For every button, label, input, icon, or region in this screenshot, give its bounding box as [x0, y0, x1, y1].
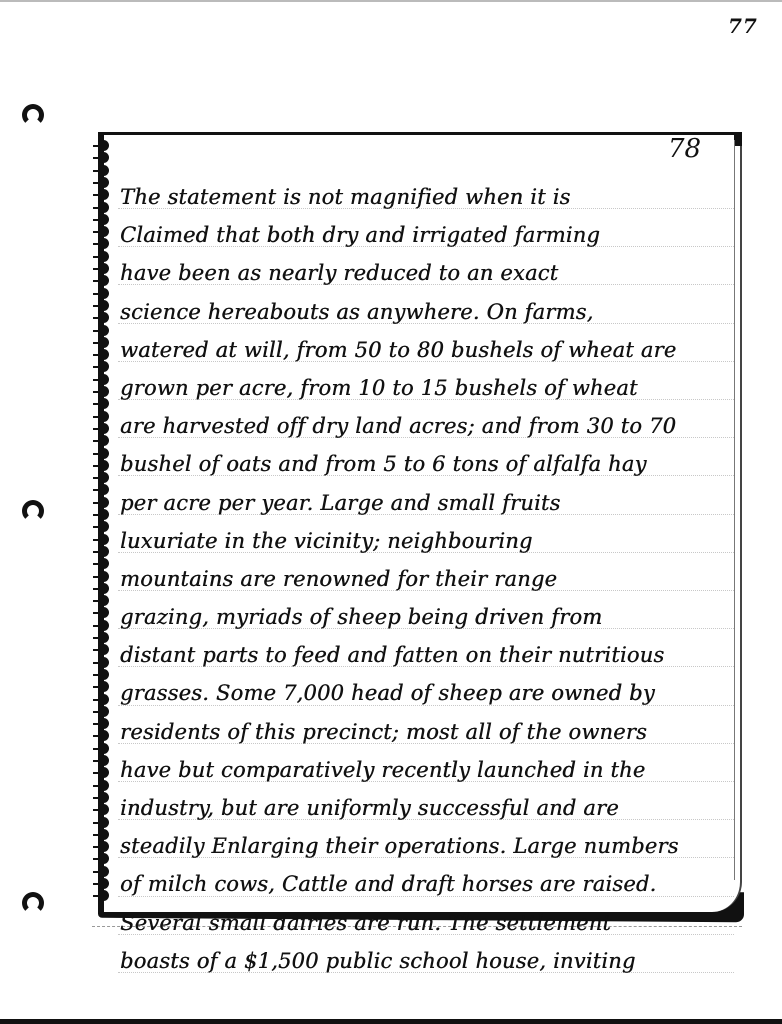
spiral-coil-icon — [98, 497, 109, 508]
spiral-coil-icon — [98, 571, 109, 582]
spiral-coil-icon — [98, 460, 109, 471]
spiral-coil-icon — [98, 780, 109, 791]
spiral-coil-icon — [98, 251, 109, 262]
spiral-coil-icon — [98, 755, 109, 766]
spiral-coil-icon — [98, 694, 109, 705]
spiral-coil-icon — [98, 189, 109, 200]
spiral-coil-icon — [98, 361, 109, 372]
spiral-coil-icon — [98, 841, 109, 852]
binder-hole-icon — [22, 500, 44, 522]
outer-page-number: 77 — [728, 14, 758, 38]
spiral-coil-icon — [98, 165, 109, 176]
spiral-coil-icon — [98, 681, 109, 692]
spiral-binding — [94, 140, 114, 900]
spiral-coil-icon — [98, 730, 109, 741]
spiral-coil-icon — [98, 644, 109, 655]
text-line: Claimed that both dry and irrigated farm… — [120, 216, 740, 254]
spiral-coil-icon — [98, 792, 109, 803]
spiral-coil-icon — [98, 238, 109, 249]
spiral-coil-icon — [98, 620, 109, 631]
spiral-coil-icon — [98, 300, 109, 311]
spiral-coil-icon — [98, 743, 109, 754]
spiral-coil-icon — [98, 804, 109, 815]
spiral-coil-icon — [98, 706, 109, 717]
spiral-coil-icon — [98, 152, 109, 163]
spiral-coil-icon — [98, 349, 109, 360]
spiral-coil-icon — [98, 767, 109, 778]
spiral-coil-icon — [98, 374, 109, 385]
spiral-coil-icon — [98, 435, 109, 446]
spiral-coil-icon — [98, 546, 109, 557]
scan-top-edge — [0, 0, 782, 2]
spiral-coil-icon — [98, 398, 109, 409]
spiral-coil-icon — [98, 411, 109, 422]
inner-page-number: 78 — [668, 134, 701, 164]
spiral-coil-icon — [98, 312, 109, 323]
spiral-coil-icon — [98, 509, 109, 520]
spiral-coil-icon — [98, 325, 109, 336]
spiral-coil-icon — [98, 423, 109, 434]
text-line: boasts of a $1,500 public school house, … — [120, 942, 740, 980]
text-line: science hereabouts as anywhere. On farms… — [120, 293, 740, 331]
text-line: steadily Enlarging their operations. Lar… — [120, 827, 740, 865]
spiral-coil-icon — [98, 595, 109, 606]
spiral-coil-icon — [98, 386, 109, 397]
text-line: distant parts to feed and fatten on thei… — [120, 636, 740, 674]
spiral-coil-icon — [98, 472, 109, 483]
spiral-coil-icon — [98, 275, 109, 286]
text-line: grasses. Some 7,000 head of sheep are ow… — [120, 674, 740, 712]
scan-bottom-edge — [0, 1019, 782, 1024]
text-line: mountains are renowned for their range — [120, 560, 740, 598]
text-line: have but comparatively recently launched… — [120, 751, 740, 789]
spiral-coil-icon — [98, 484, 109, 495]
text-line: The statement is not magnified when it i… — [120, 178, 740, 216]
spiral-coil-icon — [98, 558, 109, 569]
notebook-corner — [734, 132, 742, 146]
spiral-coil-icon — [98, 521, 109, 532]
spiral-coil-icon — [98, 534, 109, 545]
text-line: watered at will, from 50 to 80 bushels o… — [120, 331, 740, 369]
text-line: grazing, myriads of sheep being driven f… — [120, 598, 740, 636]
spiral-coil-icon — [98, 632, 109, 643]
spiral-coil-icon — [98, 226, 109, 237]
spiral-coil-icon — [98, 202, 109, 213]
spiral-coil-icon — [98, 337, 109, 348]
text-line: grown per acre, from 10 to 15 bushels of… — [120, 369, 740, 407]
handwritten-text: The statement is not magnified when it i… — [120, 178, 740, 980]
text-line: luxuriate in the vicinity; neighbouring — [120, 522, 740, 560]
text-line: per acre per year. Large and small fruit… — [120, 484, 740, 522]
spiral-coil-icon — [98, 829, 109, 840]
spiral-coil-icon — [98, 866, 109, 877]
spiral-coil-icon — [98, 853, 109, 864]
spiral-coil-icon — [98, 448, 109, 459]
spiral-coil-icon — [98, 878, 109, 889]
spiral-coil-icon — [98, 583, 109, 594]
spiral-coil-icon — [98, 718, 109, 729]
text-line: have been as nearly reduced to an exact — [120, 254, 740, 292]
spiral-coil-icon — [98, 657, 109, 668]
spiral-coil-icon — [98, 288, 109, 299]
text-line: bushel of oats and from 5 to 6 tons of a… — [120, 445, 740, 483]
text-line: residents of this precinct; most all of … — [120, 713, 740, 751]
spiral-coil-icon — [98, 177, 109, 188]
spiral-coil-icon — [98, 669, 109, 680]
spiral-coil-icon — [98, 263, 109, 274]
text-line: are harvested off dry land acres; and fr… — [120, 407, 740, 445]
spiral-coil-icon — [98, 607, 109, 618]
spiral-coil-icon — [98, 817, 109, 828]
spiral-coil-icon — [98, 214, 109, 225]
text-line: Several small dairies are run. The settl… — [120, 904, 740, 942]
text-line: of milch cows, Cattle and draft horses a… — [120, 865, 740, 903]
binder-hole-icon — [22, 892, 44, 914]
binder-hole-icon — [22, 104, 44, 126]
spiral-coil-icon — [98, 140, 109, 151]
spiral-coil-icon — [98, 890, 109, 901]
text-line: industry, but are uniformly successful a… — [120, 789, 740, 827]
